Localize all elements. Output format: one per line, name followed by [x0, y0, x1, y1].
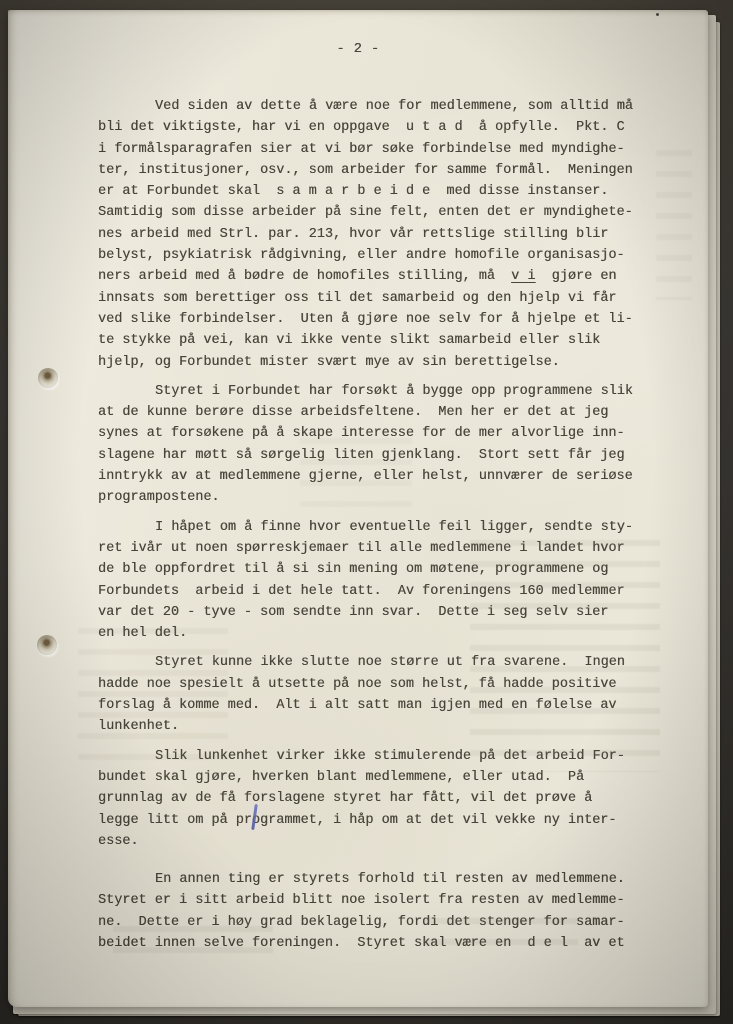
- text-line: Forbundets arbeid i det hele tatt. Av fo…: [98, 581, 670, 602]
- text-line: Samtidig som disse arbeider på sine felt…: [98, 202, 670, 223]
- text-line: belyst, psykiatrisk rådgivning, eller an…: [98, 245, 670, 266]
- text-line: ners arbeid med å bødre de homofiles sti…: [98, 266, 670, 287]
- underlined-text: v i: [511, 269, 535, 284]
- typewritten-text: Ved siden av dette å være noe for medlem…: [98, 96, 670, 954]
- text-line: i formålsparagrafen sier at vi bør søke …: [98, 139, 670, 160]
- text-line: at de kunne berøre disse arbeidsfeltene.…: [98, 402, 670, 423]
- paragraph: Styret i Forbundet har forsøkt å bygge o…: [98, 381, 670, 509]
- text-line: En annen ting er styrets forhold til res…: [98, 869, 670, 890]
- page-number: - 2 -: [8, 40, 708, 60]
- text-line: hadde noe spesielt å utsette på noe som …: [98, 674, 670, 695]
- text-line: forslag å komme med. Alt i alt satt man …: [98, 695, 670, 716]
- text-line: ved slike forbindelser. Uten å gjøre noe…: [98, 309, 670, 330]
- text-line: grunnlag av de få forslagene styret har …: [98, 788, 670, 809]
- punch-hole-bottom: [37, 635, 57, 655]
- text-line: synes at forsøkene på å skape interesse …: [98, 423, 670, 444]
- text-line: bundet skal gjøre, hverken blant medlemm…: [98, 767, 670, 788]
- text-line: Slik lunkenhet virker ikke stimulerende …: [98, 746, 670, 767]
- text-line: beidet innen selve foreningen. Styret sk…: [98, 933, 670, 954]
- text-line: slagene har møtt så sørgelig liten gjenk…: [98, 445, 670, 466]
- text-line: I håpet om å finne hvor eventuelle feil …: [98, 517, 670, 538]
- text-line: te stykke på vei, kan vi ikke vente slik…: [98, 330, 670, 351]
- text-line: nes arbeid med Strl. par. 213, hvor vår …: [98, 224, 670, 245]
- text-line: programpostene.: [98, 487, 670, 508]
- text-line: Ved siden av dette å være noe for medlem…: [98, 96, 670, 117]
- text-line: ret ivår ut noen spørreskjemaer til alle…: [98, 538, 670, 559]
- text-line: ne. Dette er i høy grad beklagelig, ford…: [98, 912, 670, 933]
- text-line: var det 20 - tyve - som sendte inn svar.…: [98, 602, 670, 623]
- text-line: hjelp, og Forbundet mister svært mye av …: [98, 352, 670, 373]
- paragraph: Slik lunkenhet virker ikke stimulerende …: [98, 746, 670, 852]
- text-line: Styret kunne ikke slutte noe større ut f…: [98, 652, 670, 673]
- paragraph: Styret kunne ikke slutte noe større ut f…: [98, 652, 670, 737]
- scan-background: - 2 - Ved siden av dette å være noe for …: [0, 0, 733, 1024]
- paragraph: Ved siden av dette å være noe for medlem…: [98, 96, 670, 373]
- text-line: Styret i Forbundet har forsøkt å bygge o…: [98, 381, 670, 402]
- text-line: Styret er i sitt arbeid blitt noe isoler…: [98, 890, 670, 911]
- text-line: de ble oppfordret til å si sin mening om…: [98, 559, 670, 580]
- dust-speck: [656, 13, 659, 16]
- text-line: innsats som berettiger oss til det samar…: [98, 288, 670, 309]
- paragraph: I håpet om å finne hvor eventuelle feil …: [98, 517, 670, 645]
- text-line: ter, institusjoner, osv., som arbeider f…: [98, 160, 670, 181]
- punch-hole-top: [38, 368, 58, 388]
- text-line: er at Forbundet skal s a m a r b e i d e…: [98, 181, 670, 202]
- text-line: en hel del.: [98, 623, 670, 644]
- text-line: lunkenhet.: [98, 716, 670, 737]
- paragraph: En annen ting er styrets forhold til res…: [98, 869, 670, 954]
- text-line: legge litt om på programmet, i håp om at…: [98, 810, 670, 831]
- text-line: inntrykk av at medlemmene gjerne, eller …: [98, 466, 670, 487]
- paper-sheet: - 2 - Ved siden av dette å være noe for …: [8, 10, 708, 1007]
- text-line: bli det viktigste, har vi en oppgave u t…: [98, 117, 670, 138]
- text-line: esse.: [98, 831, 670, 852]
